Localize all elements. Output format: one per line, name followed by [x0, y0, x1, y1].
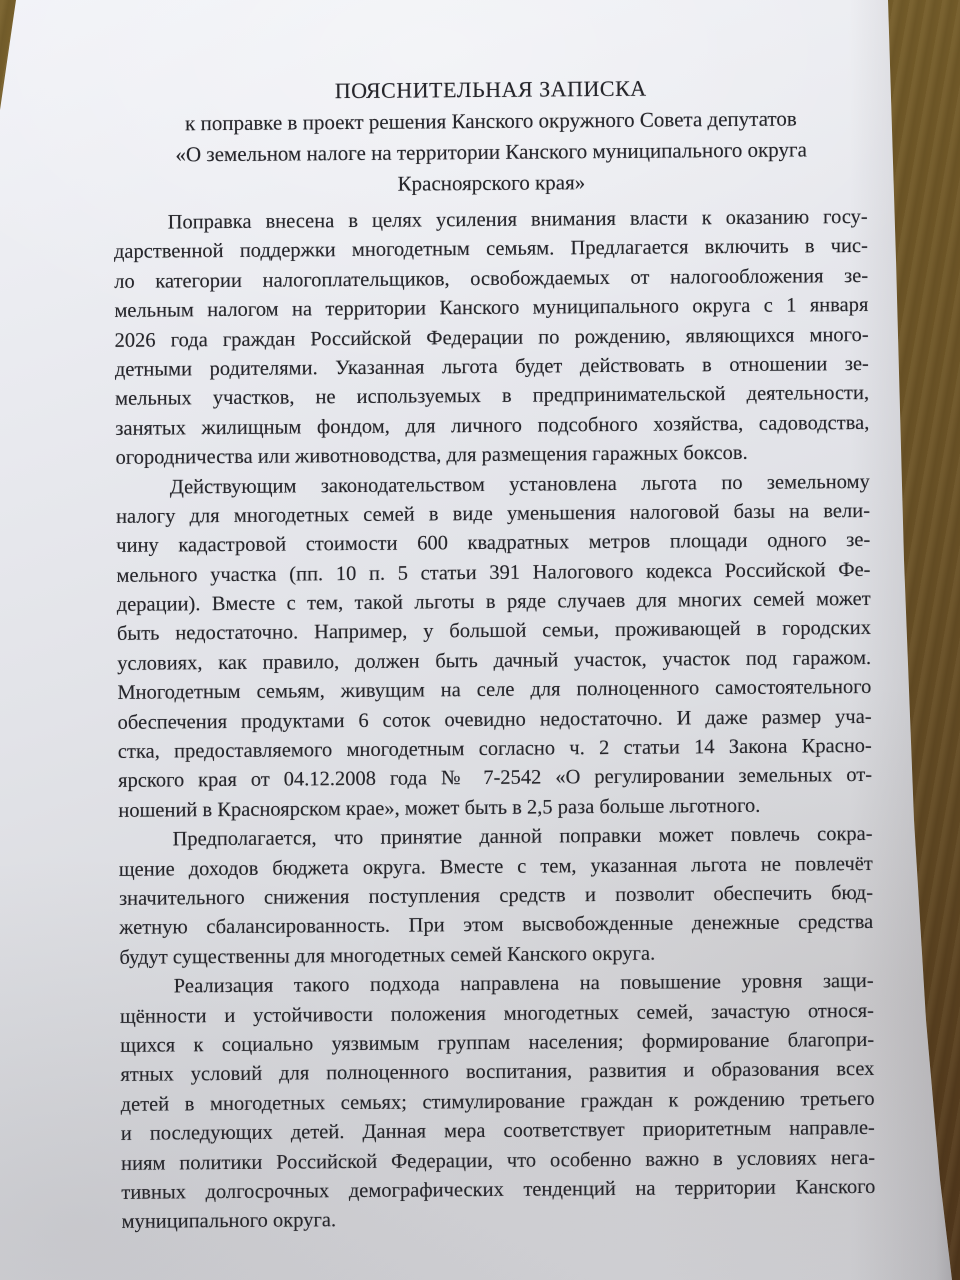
document-title: ПОЯСНИТЕЛЬНАЯ ЗАПИСКА	[120, 0, 861, 109]
document-content: ПОЯСНИТЕЛЬНАЯ ЗАПИСКА к поправке в проек…	[0, 0, 960, 1280]
subtitle-line: Красноярского края»	[111, 165, 871, 202]
subtitle-line: «О земельном налоге на территории Канско…	[111, 134, 871, 171]
document-page: ПОЯСНИТЕЛЬНАЯ ЗАПИСКА к поправке в проек…	[0, 0, 960, 1280]
text-line: тивных долгосрочных демографических тенд…	[121, 1173, 875, 1208]
text-line: занятых жилищным фондом, для личного под…	[115, 409, 869, 444]
text-line: муниципального округа.	[121, 1202, 875, 1237]
document-body: Поправка внесена в целях усиления вниман…	[114, 203, 876, 1238]
text-line: жетную сбалансированность. При этом высв…	[119, 908, 873, 943]
document-subtitle: к поправке в проект решения Канского окр…	[111, 103, 872, 202]
